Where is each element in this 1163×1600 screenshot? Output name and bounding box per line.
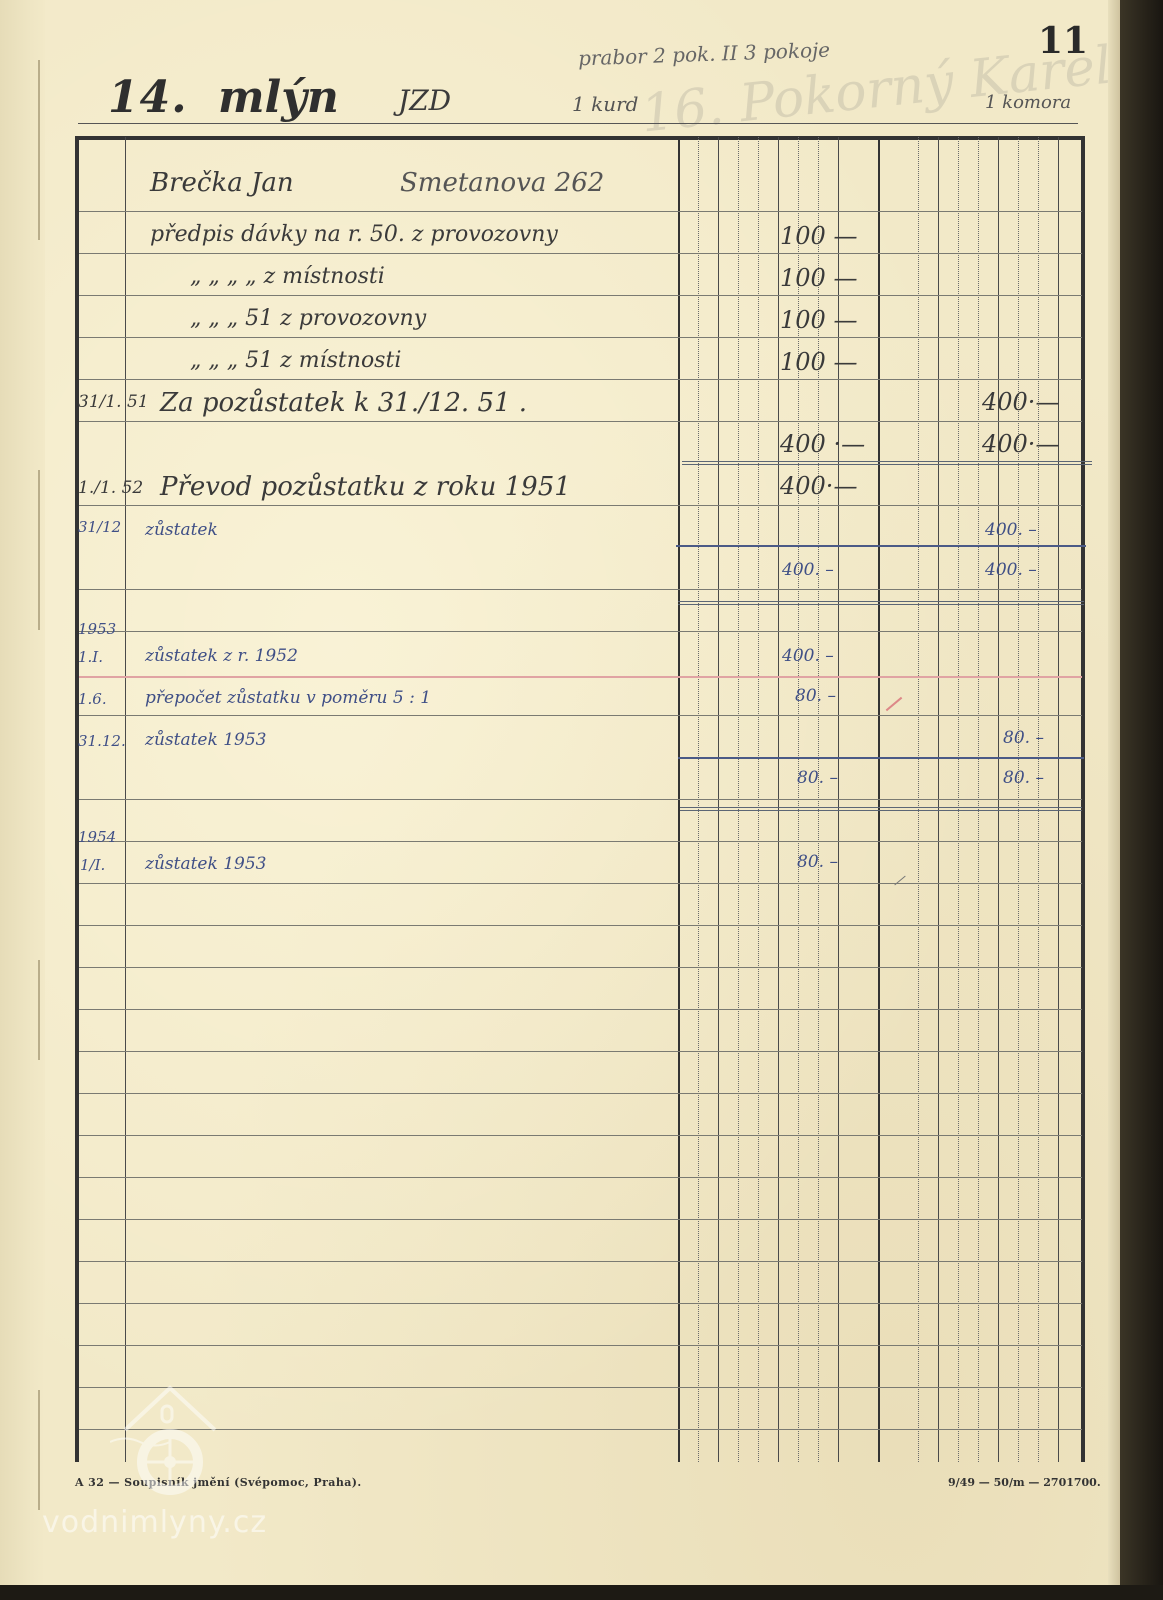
row-rule xyxy=(79,1093,1082,1094)
row-debit: 100 — xyxy=(780,264,857,292)
total-double-rule xyxy=(678,601,1084,605)
row-rule xyxy=(79,1177,1082,1178)
row-text: předpis dávky na r. 50. z provozovny xyxy=(150,222,558,247)
row-rule xyxy=(79,337,1082,338)
row-rule xyxy=(79,631,1082,632)
row-debit: 100 — xyxy=(780,306,857,334)
row-rule xyxy=(79,799,1082,800)
row-credit: 80. – xyxy=(1003,728,1044,748)
row-rule xyxy=(79,1219,1082,1220)
row-text: přepočet zůstatku v poměru 5 : 1 xyxy=(145,688,431,708)
row-debit: 400·— xyxy=(780,472,857,500)
row-rule xyxy=(79,253,1082,254)
owner-org: JZD xyxy=(398,84,451,117)
row-rule xyxy=(79,883,1082,884)
row-debit: 80. – xyxy=(797,768,838,788)
row-rule xyxy=(79,1261,1082,1262)
row-rule xyxy=(79,379,1082,380)
blue-rule xyxy=(676,545,1086,547)
row-rule xyxy=(79,841,1082,842)
class-note: 1 kurd xyxy=(572,92,638,116)
bottom-shadow xyxy=(0,1585,1163,1600)
row-debit: 80. – xyxy=(795,686,836,706)
row-date: 31/12 xyxy=(78,518,121,536)
year-label: 1954 xyxy=(78,828,116,846)
row-rule xyxy=(79,1009,1082,1010)
row-credit: 400·— xyxy=(982,430,1059,458)
row-debit: 400 ·— xyxy=(780,430,865,458)
stitch-mark xyxy=(38,960,40,1060)
row-credit: 80. – xyxy=(1003,768,1044,788)
row-rule xyxy=(79,925,1082,926)
ledger-page: 16. Pokorný Karel 14. mlýn JZD 1 kurd pr… xyxy=(0,0,1120,1600)
entry-number: 14. xyxy=(108,72,188,123)
row-rule xyxy=(79,967,1082,968)
top-note: prabor 2 pok. II 3 pokoje xyxy=(578,38,831,71)
row-rule xyxy=(79,1345,1082,1346)
row-rule xyxy=(79,1051,1082,1052)
row-debit: 100 — xyxy=(780,348,857,376)
row-rule xyxy=(79,715,1082,716)
right-note: 1 komora xyxy=(985,92,1071,113)
account-address: Smetanova 262 xyxy=(400,168,604,198)
book-spine-edge xyxy=(1120,0,1163,1600)
entry-title: mlýn xyxy=(218,72,339,123)
year-label: 1953 xyxy=(78,620,116,638)
row-rule xyxy=(79,1135,1082,1136)
row-credit: 400·— xyxy=(982,388,1059,416)
row-date: 1/I. xyxy=(80,856,105,874)
total-double-rule xyxy=(682,461,1092,465)
row-debit: 100 — xyxy=(780,222,857,250)
row-rule xyxy=(79,505,1082,506)
row-text: „ „ „ 51 z provozovny xyxy=(190,306,426,331)
stitch-mark xyxy=(38,470,40,630)
print-code: 9/49 — 50/m — 2701700. xyxy=(948,1476,1101,1489)
row-text: zůstatek xyxy=(145,520,218,540)
row-text: Za pozůstatek k 31./12. 51 . xyxy=(160,388,527,418)
row-text: Převod pozůstatku z roku 1951 xyxy=(160,472,571,502)
row-credit: 400. – xyxy=(985,560,1037,580)
watermill-logo-icon xyxy=(110,1380,230,1500)
row-text: „ „ „ 51 z místnosti xyxy=(190,348,401,373)
row-text: zůstatek 1953 xyxy=(145,854,266,874)
row-text: „ „ „ „ z místnosti xyxy=(190,264,385,289)
blue-rule xyxy=(678,757,1084,759)
row-rule xyxy=(79,1303,1082,1304)
row-rule xyxy=(79,211,1082,212)
row-date: 1.6. xyxy=(78,690,107,708)
red-rule xyxy=(79,676,1082,678)
watermark-text: vodnimlyny.cz xyxy=(42,1505,267,1540)
row-text: zůstatek 1953 xyxy=(145,730,266,750)
row-text: zůstatek z r. 1952 xyxy=(145,646,298,666)
account-holder: Brečka Jan xyxy=(150,168,294,198)
row-rule xyxy=(79,295,1082,296)
row-date: 31/1. 51 xyxy=(78,392,149,412)
row-date: 1./1. 52 xyxy=(78,478,143,498)
page-edge xyxy=(1108,0,1120,1600)
binding-margin xyxy=(0,0,45,1600)
stitch-mark xyxy=(38,1390,40,1510)
page-number: 11 xyxy=(1038,20,1088,62)
row-date: 1.I. xyxy=(78,648,103,666)
row-debit: 400. – xyxy=(782,646,834,666)
header-rule xyxy=(78,123,1078,124)
stitch-mark xyxy=(38,60,40,240)
row-debit: 80. – xyxy=(797,852,838,872)
row-rule xyxy=(79,589,1082,590)
row-credit: 400. – xyxy=(985,520,1037,540)
row-debit: 400. – xyxy=(782,560,834,580)
row-rule xyxy=(79,421,1082,422)
row-date: 31.12. xyxy=(78,732,126,750)
total-double-rule xyxy=(680,807,1082,811)
